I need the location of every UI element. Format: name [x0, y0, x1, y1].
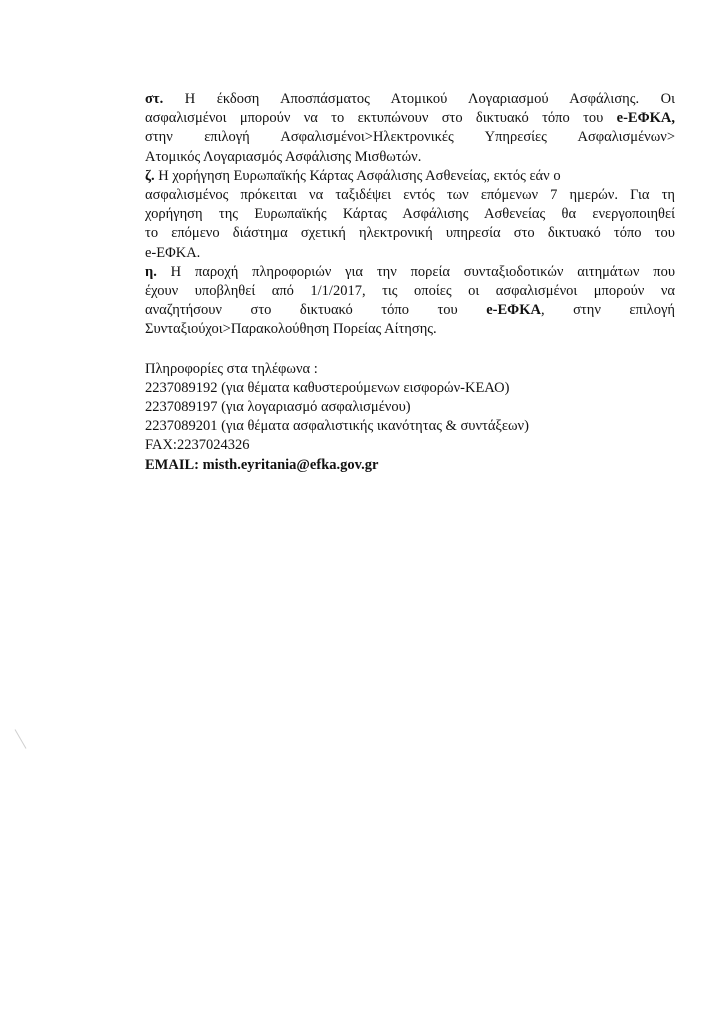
phone-2: 2237089197 (για λογαριασμό ασφαλισμένου) — [145, 398, 675, 417]
document-page: στ. Η έκδοση Αποσπάσματος Ατομικού Λογαρ… — [0, 0, 724, 1024]
item-label: η. — [145, 264, 157, 280]
fax: FAX:2237024326 — [145, 436, 675, 455]
phone-1: 2237089192 (για θέματα καθυστερούμενων ε… — [145, 379, 675, 398]
item-st: στ. Η έκδοση Αποσπάσματος Ατομικού Λογαρ… — [145, 90, 675, 167]
phone-3: 2237089201 (για θέματα ασφαλιστικής ικαν… — [145, 417, 675, 436]
contact-info: Πληροφορίες στα τηλέφωνα : 2237089192 (γ… — [145, 360, 675, 475]
item-label: ζ. — [145, 168, 155, 184]
efka-link: e-ΕΦΚΑ — [486, 302, 541, 318]
item-z: ζ. Η χορήγηση Ευρωπαϊκής Κάρτας Ασφάλιση… — [145, 167, 675, 263]
contact-heading: Πληροφορίες στα τηλέφωνα : — [145, 360, 675, 379]
document-body: στ. Η έκδοση Αποσπάσματος Ατομικού Λογαρ… — [145, 90, 675, 475]
item-label: στ. — [145, 91, 163, 107]
email: EMAIL: misth.eyritania@efka.gov.gr — [145, 456, 675, 475]
item-i: η. Η παροχή πληροφοριών για την πορεία σ… — [145, 263, 675, 340]
scan-mark — [15, 729, 27, 749]
efka-link: e-ΕΦΚΑ, — [617, 110, 675, 126]
